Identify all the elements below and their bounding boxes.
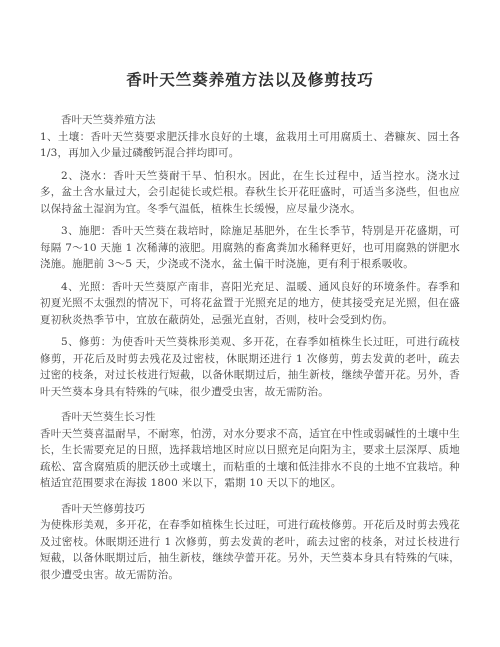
doc-title: 香叶天竺葵养殖方法以及修剪技巧 xyxy=(40,70,460,90)
document-page: 香叶天竺葵养殖方法以及修剪技巧 香叶天竺葵养殖方法 1、土壤：香叶天竺葵要求肥沃… xyxy=(0,0,500,647)
section-heading: 香叶天竺葵生长习性 xyxy=(40,409,460,426)
paragraph: 2、浇水：香叶天竺葵耐干旱、怕积水。因此，在生长过程中，适当控水。浇水过多，盆土… xyxy=(40,168,460,218)
section-pruning-tips: 香叶天竺修剪技巧 为使株形美观，多开花，在春季如植株生长过旺，可进行疏枝修剪。开… xyxy=(40,501,460,584)
paragraph: 香叶天竺葵喜温耐旱，不耐寒，怕涝，对水分要求不高，适宜在中性或弱碱性的土壤中生长… xyxy=(40,426,460,492)
section-growth-habit: 香叶天竺葵生长习性 香叶天竺葵喜温耐旱，不耐寒，怕涝，对水分要求不高，适宜在中性… xyxy=(40,409,460,492)
section-heading: 香叶天竺修剪技巧 xyxy=(40,501,460,518)
section-heading: 香叶天竺葵养殖方法 xyxy=(40,112,460,129)
paragraph: 4、光照：香叶天竺葵原产南非，喜阳光充足、温暖、通风良好的环境条件。春季和初夏光… xyxy=(40,279,460,329)
paragraph: 3、施肥：香叶天竺葵在栽培时，除施足基肥外，在生长季节，特别是开花盛期，可每隔 … xyxy=(40,223,460,273)
section-cultivation: 香叶天竺葵养殖方法 1、土壤：香叶天竺葵要求肥沃排水良好的土壤，盆栽用土可用腐质… xyxy=(40,112,460,400)
paragraph: 5、修剪：为使香叶天竺葵株形美观、多开花，在春季如植株生长过旺，可进行疏枝修剪，… xyxy=(40,334,460,400)
paragraph: 1、土壤：香叶天竺葵要求肥沃排水良好的土壤，盆栽用土可用腐质土、砻糠灰、园土各 … xyxy=(40,129,460,162)
paragraph: 为使株形美观，多开花，在春季如植株生长过旺，可进行疏枝修剪。开花后及时剪去残花及… xyxy=(40,517,460,583)
